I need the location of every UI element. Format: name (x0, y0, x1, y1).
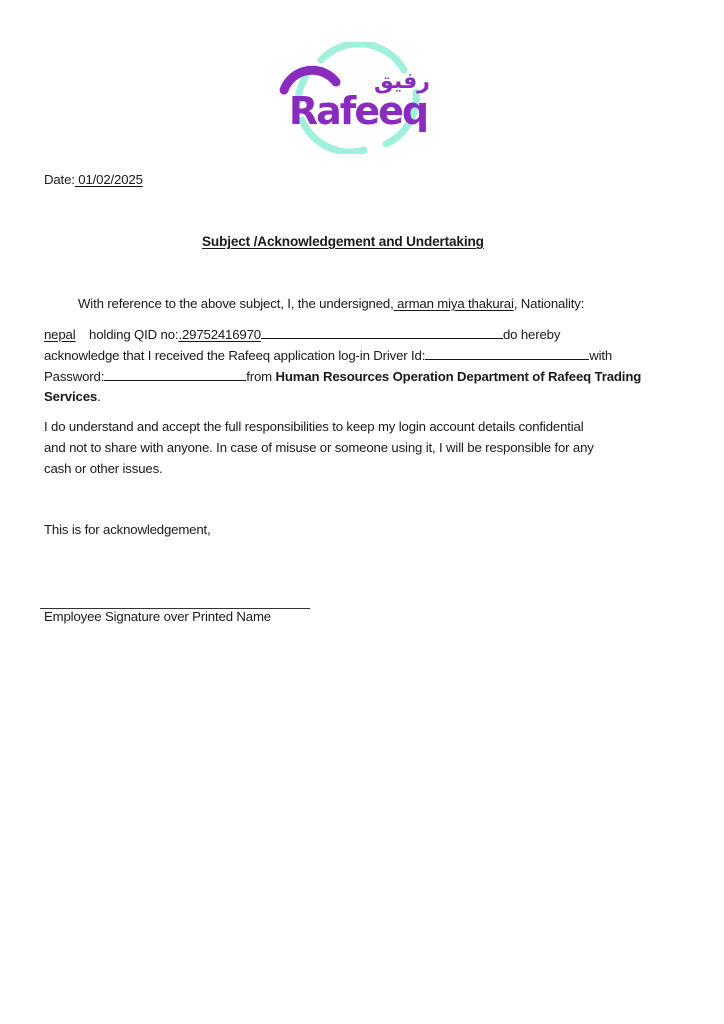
rafeeq-logo: رفيق Rafeeq (276, 42, 438, 154)
date-label: Date: (44, 172, 75, 187)
paragraph1-line1: With reference to the above subject, I, … (78, 296, 584, 312)
paragraph1-line5: Services. (44, 389, 101, 405)
paragraph2-line1: I do understand and accept the full resp… (44, 419, 584, 435)
logo-latin: Rafeeq (289, 89, 427, 133)
date-line: Date: 01/02/2025 (44, 172, 143, 188)
paragraph1-line4: Password:from Human Resources Operation … (44, 368, 641, 385)
employee-name: arman miya thakurai (394, 296, 514, 311)
department-name: Human Resources Operation Department of … (276, 369, 642, 384)
paragraph2-line3: cash or other issues. (44, 461, 163, 477)
paragraph2-line2: and not to share with anyone. In case of… (44, 440, 594, 456)
document-page: رفيق Rafeeq Date: 01/02/2025 Subject /Ac… (0, 0, 724, 1024)
signature-caption: Employee Signature over Printed Name (44, 609, 271, 625)
date-value: 01/02/2025 (75, 172, 143, 187)
qid-blank (261, 326, 503, 339)
password-blank (104, 368, 246, 381)
nationality-value: nepal (44, 327, 76, 342)
qid-value: .29752416970 (178, 327, 261, 342)
subject-heading: Subject /Acknowledgement and Undertaking (202, 234, 484, 250)
closing-line: This is for acknowledgement, (44, 522, 211, 538)
paragraph1-line2: nepal holding QID no:.29752416970do here… (44, 326, 560, 343)
paragraph1-line3: acknowledge that I received the Rafeeq a… (44, 347, 612, 364)
driver-id-blank (425, 347, 589, 360)
